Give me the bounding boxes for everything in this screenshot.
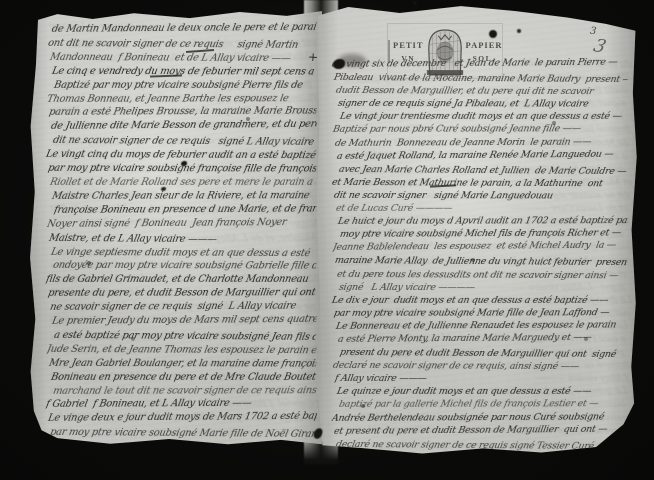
handwriting-line: Le vinge deux e jour dudit moys de Mars … xyxy=(47,410,318,426)
handwriting-line: Jeanne Bablelendeau les espousez et esté… xyxy=(332,239,630,254)
handwriting-line: baptizé par la gallerie Michel fils de f… xyxy=(338,398,630,412)
folio-number: 3 xyxy=(589,26,596,38)
handwriting-line: declaré ne scavoir signer de ce requis s… xyxy=(335,438,629,453)
stamp-word-papier: PAPIER xyxy=(466,40,503,50)
handwriting-line: de Jullienne dite Marie Besson de grandm… xyxy=(50,118,318,134)
handwriting-line: Maistre Charles Jean sieur de la Riviere… xyxy=(51,189,318,204)
fox-speckles xyxy=(0,0,2,2)
left-page: de Martin Mandonneau le deux oncle le pe… xyxy=(28,8,322,446)
stamp-left-column: PETIT VN xyxy=(388,40,424,63)
handwriting-line: Mre Jean Gabriel Boulanger, et la marain… xyxy=(48,357,318,372)
stamp-word-sol: SOL. xyxy=(473,54,496,63)
handwriting-line: a esté Pierre Monty, la maraine Marie Ma… xyxy=(337,331,630,346)
right-page: du vingt six de decembre et Jean de Mari… xyxy=(316,2,638,458)
stamp-right-column: PAPIER SOL. xyxy=(466,40,503,63)
handwriting-line: signé L Allay vicaire ———— xyxy=(338,281,629,295)
handwriting-line: Jude Serin, et de Jeanne Thomas les espo… xyxy=(46,343,317,358)
manuscript-scan: de Martin Mandonneau le deux oncle le pe… xyxy=(0,0,654,480)
crowned-arms-icon xyxy=(424,25,466,77)
handwriting-block-right: du vingt six de decembre et Jean de Mari… xyxy=(336,58,628,451)
handwriting-line: Le cinq e vendredy du moys de feburier m… xyxy=(51,65,318,80)
handwriting-line: Noyer ainsi signé f Bonineau Jean franço… xyxy=(46,216,318,232)
handwriting-line: par moy ptre vicaire soubsigné françoise… xyxy=(47,162,318,177)
handwriting-line: par moy ptre vicaire soubsigné Marie fil… xyxy=(49,426,317,442)
tax-stamp: PETIT VN xyxy=(388,24,502,78)
handwriting-line: fils de Gabriel Grimaudet, et de Charlot… xyxy=(45,273,318,287)
handwriting-line: de Martin Mandonneau le deux oncle le pe… xyxy=(45,21,318,37)
stamp-word-vn: VN xyxy=(401,54,415,63)
handwriting-line: et de Lucas Curé ———— xyxy=(335,202,630,215)
handwriting-line: et present du pere et dudit Besson de Ma… xyxy=(333,422,630,437)
handwriting-line: Bonineau en presence du pere et de Mre C… xyxy=(50,371,318,385)
handwriting-line: ondoyée par moy ptre vicaire soubsigné G… xyxy=(52,259,318,274)
handwriting-line: Le premier Jeudy du moys de Mars mil sep… xyxy=(51,313,318,329)
handwriting-line: Le dix e jour dudit moys et an que dessu… xyxy=(331,294,630,307)
handwriting-line: dit ne scavoir signer signé Marie Langue… xyxy=(333,189,629,203)
handwriting-line: Riollet et de Marie Rolland ses pere et … xyxy=(49,176,318,190)
handwriting-line: Baptizé par nous pbré Curé soubsigné Jea… xyxy=(332,123,630,137)
handwriting-line: Baptizé par moy ptre vicaire soubsigné P… xyxy=(53,79,318,93)
stamp-word-petit: PETIT xyxy=(393,40,424,50)
handwriting-block-left: de Martin Mandonneau le deux oncle le pe… xyxy=(50,23,316,440)
handwriting-line: a esté Jaquet Rolland, la maraine Renée … xyxy=(336,147,630,162)
folio-flourish: 3 xyxy=(591,35,609,57)
handwriting-line: Mandonneau f Bonineau et de L Allay vica… xyxy=(49,51,318,66)
handwriting-line: et du pere tous les dessusdits ont dit n… xyxy=(336,268,629,283)
